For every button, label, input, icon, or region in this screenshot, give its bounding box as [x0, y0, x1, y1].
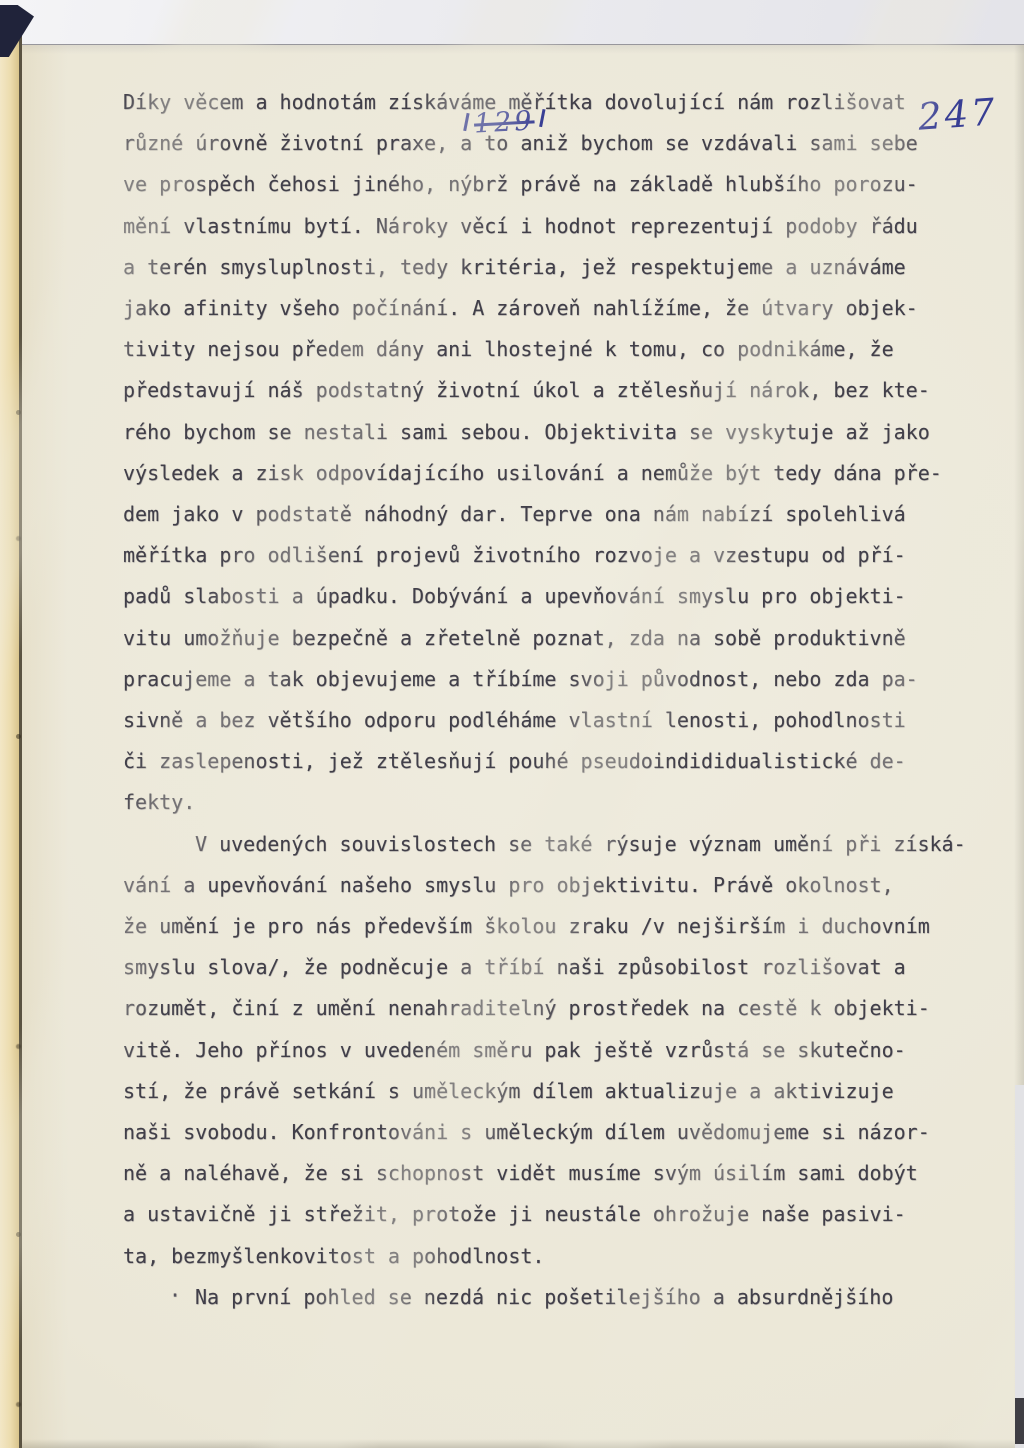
text-line: ve prospěch čehosi jiného, nýbrž právě n… [123, 164, 968, 205]
text-line-content: rého bychom se nestali sami sebou. Objek… [123, 420, 930, 444]
text-line-content: pracujeme a tak objevujeme a tříbíme svo… [123, 667, 918, 691]
text-line-content: představují náš podstatný životní úkol a… [123, 378, 930, 402]
text-line: pracujeme a tak objevujeme a tříbíme svo… [123, 659, 968, 700]
text-line-content: či zaslepenosti, jež ztělesňují pouhé ps… [123, 749, 906, 773]
text-line: stí, že právě setkání s uměleckým dílem … [123, 1071, 968, 1112]
text-line: dem jako v podstatě náhodný dar. Teprve … [123, 494, 968, 535]
paragraph-marker-dot: · [169, 1275, 181, 1316]
text-line-content: naši svobodu. Konfrontováni s uměleckým … [123, 1120, 930, 1144]
text-line: ně a naléhavě, že si schopnost vidět mus… [123, 1153, 968, 1194]
text-line: Díky věcem a hodnotám získáváme měřítka … [123, 82, 968, 123]
text-line: představují náš podstatný životní úkol a… [123, 370, 968, 411]
text-line-content: tivity nejsou předem dány ani lhostejné … [123, 337, 894, 361]
text-line-content: výsledek a zisk odpovídajícího usilování… [123, 461, 942, 485]
text-line-content: a terén smysluplnosti, tedy kritéria, je… [123, 255, 906, 279]
text-line: měřítka pro odlišení projevů životního r… [123, 535, 968, 576]
text-line: mění vlastnímu bytí. Nároky věcí i hodno… [123, 206, 968, 247]
text-line: ta, bezmyšlenkovitost a pohodlnost. [123, 1236, 968, 1277]
text-line: jako afinity všeho počínání. A zároveň n… [123, 288, 968, 329]
text-line-content: V uvedených souvislostech se také rýsuje… [195, 832, 966, 856]
text-line-content: Na první pohled se nezdá nic pošetilejší… [195, 1285, 893, 1309]
text-line-content: měřítka pro odlišení projevů životního r… [123, 543, 906, 567]
text-line-content: ně a naléhavě, že si schopnost vidět mus… [123, 1161, 918, 1185]
text-line-content: že umění je pro nás především školou zra… [123, 914, 930, 938]
text-line-content: smyslu slova/, že podněcuje a tříbí naši… [123, 955, 906, 979]
text-line-content: sivně a bez většího odporu podléháme vla… [123, 708, 906, 732]
scan-edge-mark [1015, 1398, 1024, 1444]
text-line: různé úrovně životní praxe, a to aniž by… [123, 123, 968, 164]
text-line: sivně a bez většího odporu podléháme vla… [123, 700, 968, 741]
text-line-content: jako afinity všeho počínání. A zároveň n… [123, 296, 918, 320]
text-line: rozumět, činí z umění nenahraditelný pro… [123, 988, 968, 1029]
text-line: výsledek a zisk odpovídajícího usilování… [123, 453, 968, 494]
text-line-content: a ustavičně ji střežit, protože ji neust… [123, 1202, 906, 1226]
text-line-content: padů slabosti a úpadku. Dobývání a upevň… [123, 584, 906, 608]
text-line: vitu umožňuje bezpečně a zřetelně poznat… [123, 618, 968, 659]
text-line-content: vání a upevňování našeho smyslu pro obje… [123, 873, 894, 897]
text-line-content: ta, bezmyšlenkovitost a pohodlnost. [123, 1244, 544, 1268]
page-right-edge-gap [1015, 1085, 1024, 1448]
text-line: rého bychom se nestali sami sebou. Objek… [123, 412, 968, 453]
text-line-content: rozumět, činí z umění nenahraditelný pro… [123, 996, 930, 1020]
text-line-content: stí, že právě setkání s uměleckým dílem … [123, 1079, 894, 1103]
text-line: fekty. [123, 782, 968, 823]
text-line: a terén smysluplnosti, tedy kritéria, je… [123, 247, 968, 288]
text-line: naši svobodu. Konfrontováni s uměleckým … [123, 1112, 968, 1153]
text-line: tivity nejsou předem dány ani lhostejné … [123, 329, 968, 370]
typewritten-text: Díky věcem a hodnotám získáváme měřítka … [123, 82, 968, 1318]
scanner-background-band [0, 0, 1024, 45]
text-line: ·Na první pohled se nezdá nic pošetilejš… [123, 1277, 968, 1318]
text-line: že umění je pro nás především školou zra… [123, 906, 968, 947]
text-line-content: Díky věcem a hodnotám získáváme měřítka … [123, 90, 906, 114]
text-line-content: vitu umožňuje bezpečně a zřetelně poznat… [123, 626, 906, 650]
text-line-content: fekty. [123, 790, 195, 814]
text-line: či zaslepenosti, jež ztělesňují pouhé ps… [123, 741, 968, 782]
text-line: vání a upevňování našeho smyslu pro obje… [123, 865, 968, 906]
text-line-content: různé úrovně životní praxe, a to aniž by… [123, 131, 918, 155]
text-line: a ustavičně ji střežit, protože ji neust… [123, 1194, 968, 1235]
text-line-content: vitě. Jeho přínos v uvedeném směru pak j… [123, 1038, 906, 1062]
text-line-content: mění vlastnímu bytí. Nároky věcí i hodno… [123, 214, 918, 238]
scanned-document-page: 129 247 Díky věcem a hodnotám získáváme … [0, 0, 1024, 1448]
book-binding-edge [0, 8, 22, 1448]
text-line: padů slabosti a úpadku. Dobývání a upevň… [123, 576, 968, 617]
text-line: vitě. Jeho přínos v uvedeném směru pak j… [123, 1030, 968, 1071]
text-line: smyslu slova/, že podněcuje a tříbí naši… [123, 947, 968, 988]
text-line-content: ve prospěch čehosi jiného, nýbrž právě n… [123, 172, 918, 196]
text-line: V uvedených souvislostech se také rýsuje… [123, 824, 968, 865]
text-line-content: dem jako v podstatě náhodný dar. Teprve … [123, 502, 906, 526]
